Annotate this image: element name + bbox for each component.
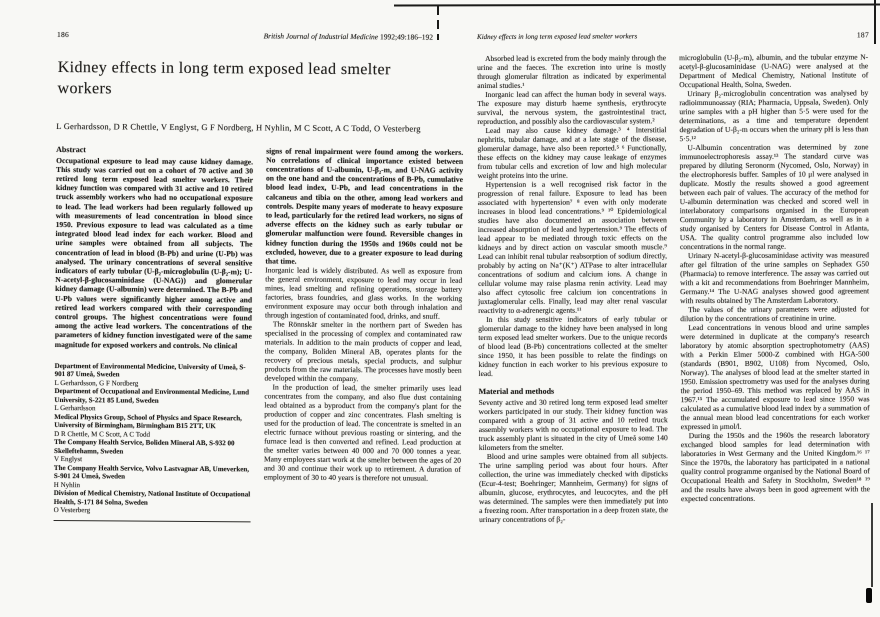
body-paragraph: During the 1950s and the 1960s the resea… xyxy=(681,430,870,503)
body-paragraph: Lead concentrations in venous blood and … xyxy=(680,322,869,431)
right-page-columns: Absorbed lead is excreted from the body … xyxy=(477,52,871,524)
body-paragraph: Urinary N-acetyl-β-glucosaminidase activ… xyxy=(680,250,869,305)
body-paragraph: Hypertension is a well recognised risk f… xyxy=(478,179,668,315)
abstract-paragraph-col1: Occupational exposure to lead may cause … xyxy=(55,155,253,350)
scan-artifact-corner-mark xyxy=(866,588,872,603)
intro-paragraph: In the production of lead, the smelter p… xyxy=(264,383,462,483)
scan-artifact-top-line xyxy=(394,3,880,6)
body-paragraph: The values of the urinary parameters wer… xyxy=(680,304,869,323)
scan-artifact-fold-tick xyxy=(437,6,439,40)
body-paragraph: microglobulin (U-β₂-m), albumin, and the… xyxy=(679,52,868,89)
left-page-column-2: signs of renal impairment were found amo… xyxy=(264,146,464,524)
body-paragraph: Blood and urine samples were obtained fr… xyxy=(479,451,668,524)
journal-name: British Journal of Industrial Medicine xyxy=(264,31,379,41)
section-heading-material-methods: Material and methods xyxy=(479,386,668,396)
affiliation-line: The Company Health Service, Boliden Mine… xyxy=(54,438,251,456)
journal-citation: British Journal of Industrial Medicine 1… xyxy=(264,31,433,41)
left-page-column-1: Abstract Occupational exposure to lead m… xyxy=(54,144,254,522)
running-header-title: Kidney effects in long term exposed lead… xyxy=(477,32,637,41)
body-paragraph: Seventy active and 30 retired long term … xyxy=(479,397,668,452)
affiliation-line: Division of Medical Chemistry, National … xyxy=(54,489,251,507)
body-paragraph: U-Albumin concentration was determined b… xyxy=(679,142,868,251)
right-page-column-1: Absorbed lead is excreted from the body … xyxy=(477,53,668,524)
scan-artifact-right-edge-bottom xyxy=(871,503,873,587)
affiliation-line: Department of Occupational and Environme… xyxy=(54,387,251,405)
left-running-header: 186 British Journal of Industrial Medici… xyxy=(57,30,467,42)
abstract-heading: Abstract xyxy=(56,144,253,154)
left-page-columns: Abstract Occupational exposure to lead m… xyxy=(54,144,467,523)
affiliation-line: The Company Health Service, Volvo Lastva… xyxy=(54,464,251,482)
affiliation-line: Medical Physics Group, School of Physics… xyxy=(54,413,251,431)
scan-artifact-right-edge-top xyxy=(874,0,876,44)
abstract-paragraph-col2: signs of renal impairment were found amo… xyxy=(265,146,463,267)
right-page-number: 187 xyxy=(857,30,869,39)
affiliations-block: Department of Environmental Medicine, Un… xyxy=(54,362,252,522)
affiliation-line: Department of Environmental Medicine, Un… xyxy=(55,362,252,380)
body-paragraph: Urinary β₂-microglobulin concentration w… xyxy=(679,88,868,143)
journal-volume-ref: 1992;49:186–192 xyxy=(380,32,433,41)
body-paragraph: Absorbed lead is excreted from the body … xyxy=(477,53,666,90)
body-paragraph: In this study sensitive indicators of ea… xyxy=(478,314,667,378)
right-running-header: Kidney effects in long term exposed lead… xyxy=(477,30,869,41)
scanned-page-right: Kidney effects in long term exposed lead… xyxy=(477,30,871,524)
intro-paragraph: The Rönnskär smelter in the northern par… xyxy=(265,320,462,384)
affiliation-line: O Vesterberg xyxy=(54,506,251,516)
body-paragraph: Lead may also cause kidney damage.³ ⁴ In… xyxy=(477,125,666,180)
intro-paragraph: Inorganic lead is widely distributed. As… xyxy=(265,266,462,321)
authors-line: L Gerhardsson, D R Chettle, V Englyst, G… xyxy=(56,121,428,134)
right-page-column-2: microglobulin (U-β₂-m), albumin, and the… xyxy=(679,52,870,523)
article-title: Kidney effects in long term exposed lead… xyxy=(58,57,430,102)
body-paragraph: Inorganic lead can affect the human body… xyxy=(477,89,666,126)
scanned-page-left: 186 British Journal of Industrial Medici… xyxy=(54,30,467,524)
left-page-number: 186 xyxy=(57,30,69,39)
